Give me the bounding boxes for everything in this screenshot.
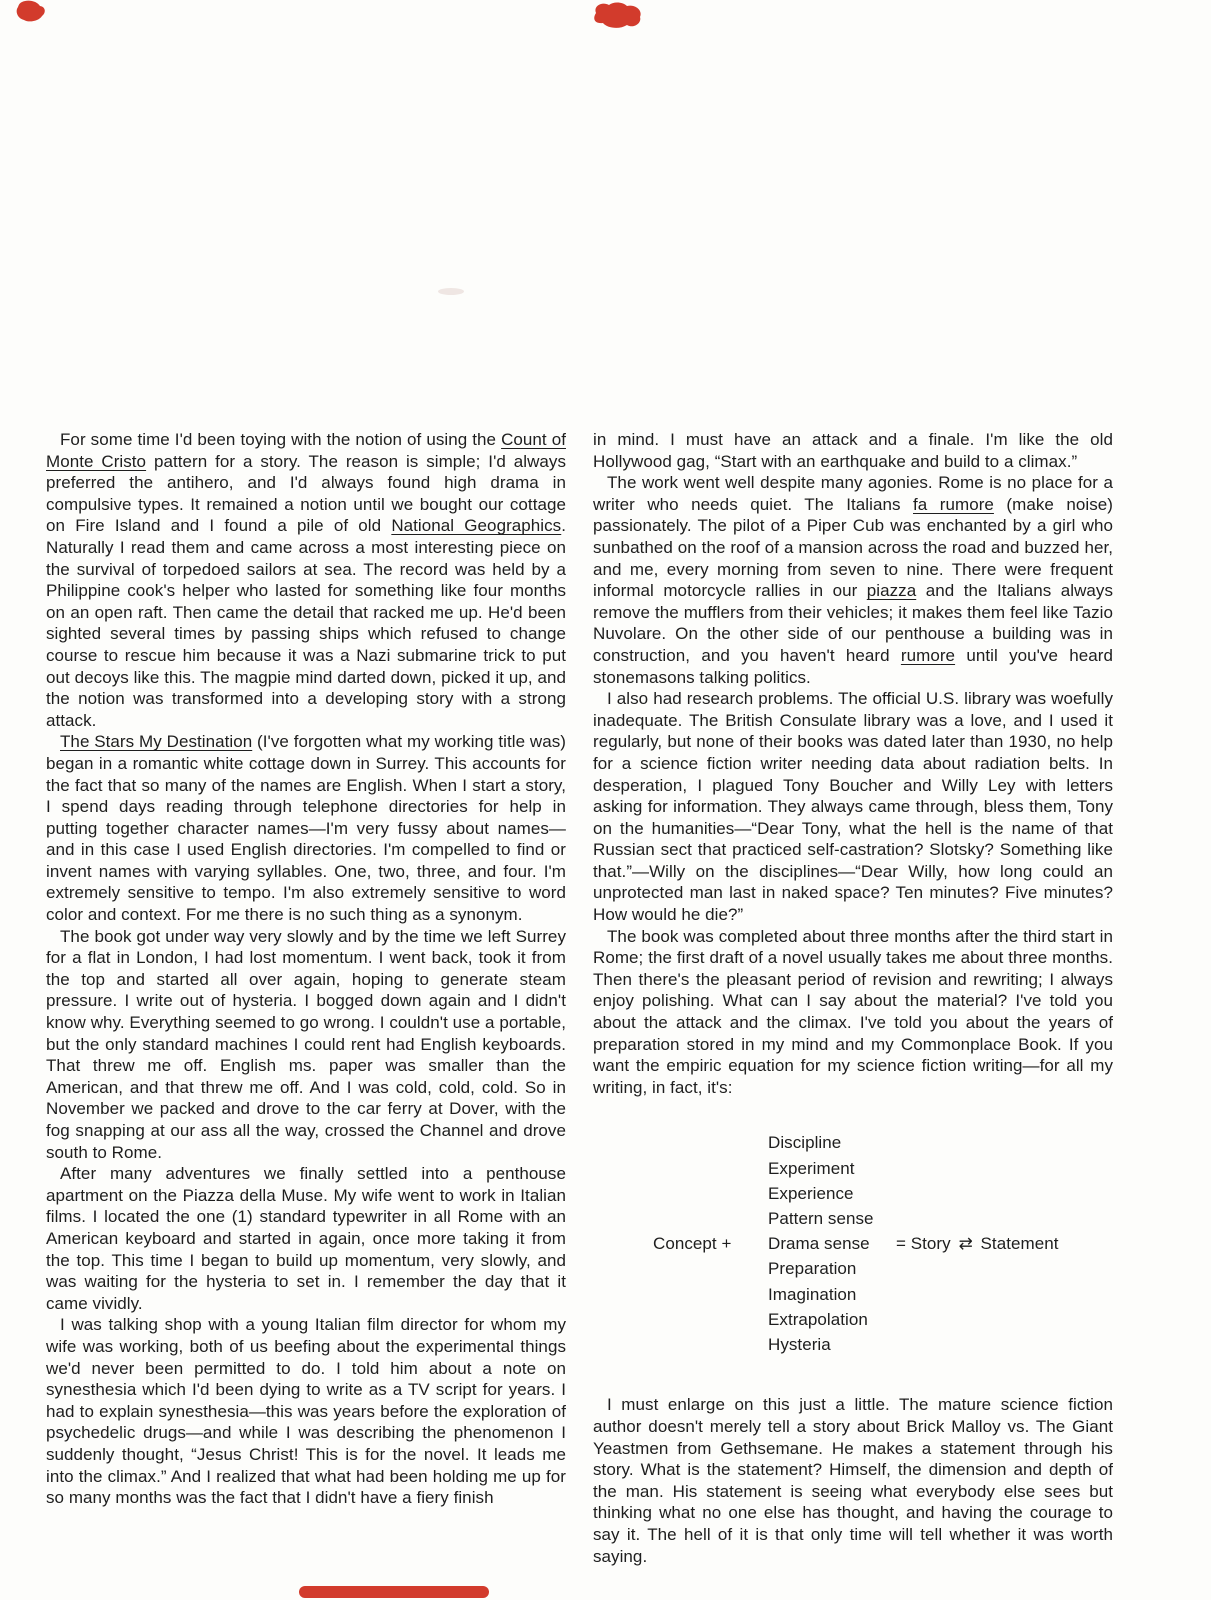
equation-term-list: DisciplineExperimentExperiencePattern se… [768, 1130, 874, 1357]
text-run: in mind. I must have an attack and a fin… [593, 430, 1113, 471]
equation-term: Extrapolation [768, 1307, 874, 1332]
underlined-phrase: fa rumore [913, 495, 994, 514]
paragraph: The book got under way very slowly and b… [46, 926, 566, 1164]
text-run: I must enlarge on this just a little. Th… [593, 1395, 1113, 1565]
article-columns: For some time I'd been toying with the n… [46, 429, 1113, 1567]
red-ink-mark-top-left [15, 0, 47, 23]
bidirectional-arrow-icon: ⇄ [955, 1234, 975, 1254]
paragraph: For some time I'd been toying with the n… [46, 429, 566, 731]
text-run: The book was completed about three month… [593, 927, 1113, 1097]
paragraph: I also had research problems. The offici… [593, 688, 1113, 926]
equation-term: Imagination [768, 1282, 874, 1307]
equation-concept-label: Concept + [653, 1231, 731, 1256]
equation-term: Experiment [768, 1156, 874, 1181]
right-column: in mind. I must have an attack and a fin… [593, 429, 1113, 1567]
empiric-equation: Concept + DisciplineExperimentExperience… [593, 1130, 1113, 1358]
book-page: For some time I'd been toying with the n… [0, 0, 1211, 1600]
equation-term: Pattern sense [768, 1206, 874, 1231]
text-run: . Naturally I read them and came across … [46, 516, 566, 729]
text-run: I also had research problems. The offici… [593, 689, 1113, 924]
text-run: The book got under way very slowly and b… [46, 927, 566, 1162]
paragraph: The work went well despite many agonies.… [593, 472, 1113, 688]
faint-scan-smudge [438, 288, 464, 295]
equation-result: = Story ⇄ Statement [896, 1231, 1059, 1257]
equation-term: Preparation [768, 1256, 874, 1281]
equation-term: Drama sense [768, 1231, 874, 1256]
equation-equals-story: = Story [896, 1234, 951, 1253]
red-ink-mark-bottom-bar [298, 1585, 490, 1599]
underlined-phrase: The Stars My Destination [60, 732, 252, 751]
underlined-phrase: National Geographics [391, 516, 561, 535]
equation-term: Hysteria [768, 1332, 874, 1357]
right-column-lower-text: I must enlarge on this just a little. Th… [593, 1394, 1113, 1567]
equation-statement: Statement [981, 1234, 1059, 1253]
equation-term: Experience [768, 1181, 874, 1206]
text-run: After many adventures we finally settled… [46, 1164, 566, 1313]
text-run: I was talking shop with a young Italian … [46, 1315, 566, 1507]
left-column: For some time I'd been toying with the n… [46, 429, 566, 1567]
paragraph: I must enlarge on this just a little. Th… [593, 1394, 1113, 1567]
paragraph: I was talking shop with a young Italian … [46, 1314, 566, 1508]
paragraph: in mind. I must have an attack and a fin… [593, 429, 1113, 472]
paragraph: The Stars My Destination (I've forgotten… [46, 731, 566, 925]
paragraph: The book was completed about three month… [593, 926, 1113, 1099]
equation-term: Discipline [768, 1130, 874, 1155]
underlined-phrase: rumore [901, 646, 955, 665]
text-run: (I've forgotten what my working title wa… [46, 732, 566, 924]
underlined-phrase: piazza [867, 581, 916, 600]
right-column-upper-text: in mind. I must have an attack and a fin… [593, 429, 1113, 1098]
paragraph: After many adventures we finally settled… [46, 1163, 566, 1314]
text-run: For some time I'd been toying with the n… [60, 430, 501, 449]
red-ink-mark-top-center [590, 1, 644, 29]
